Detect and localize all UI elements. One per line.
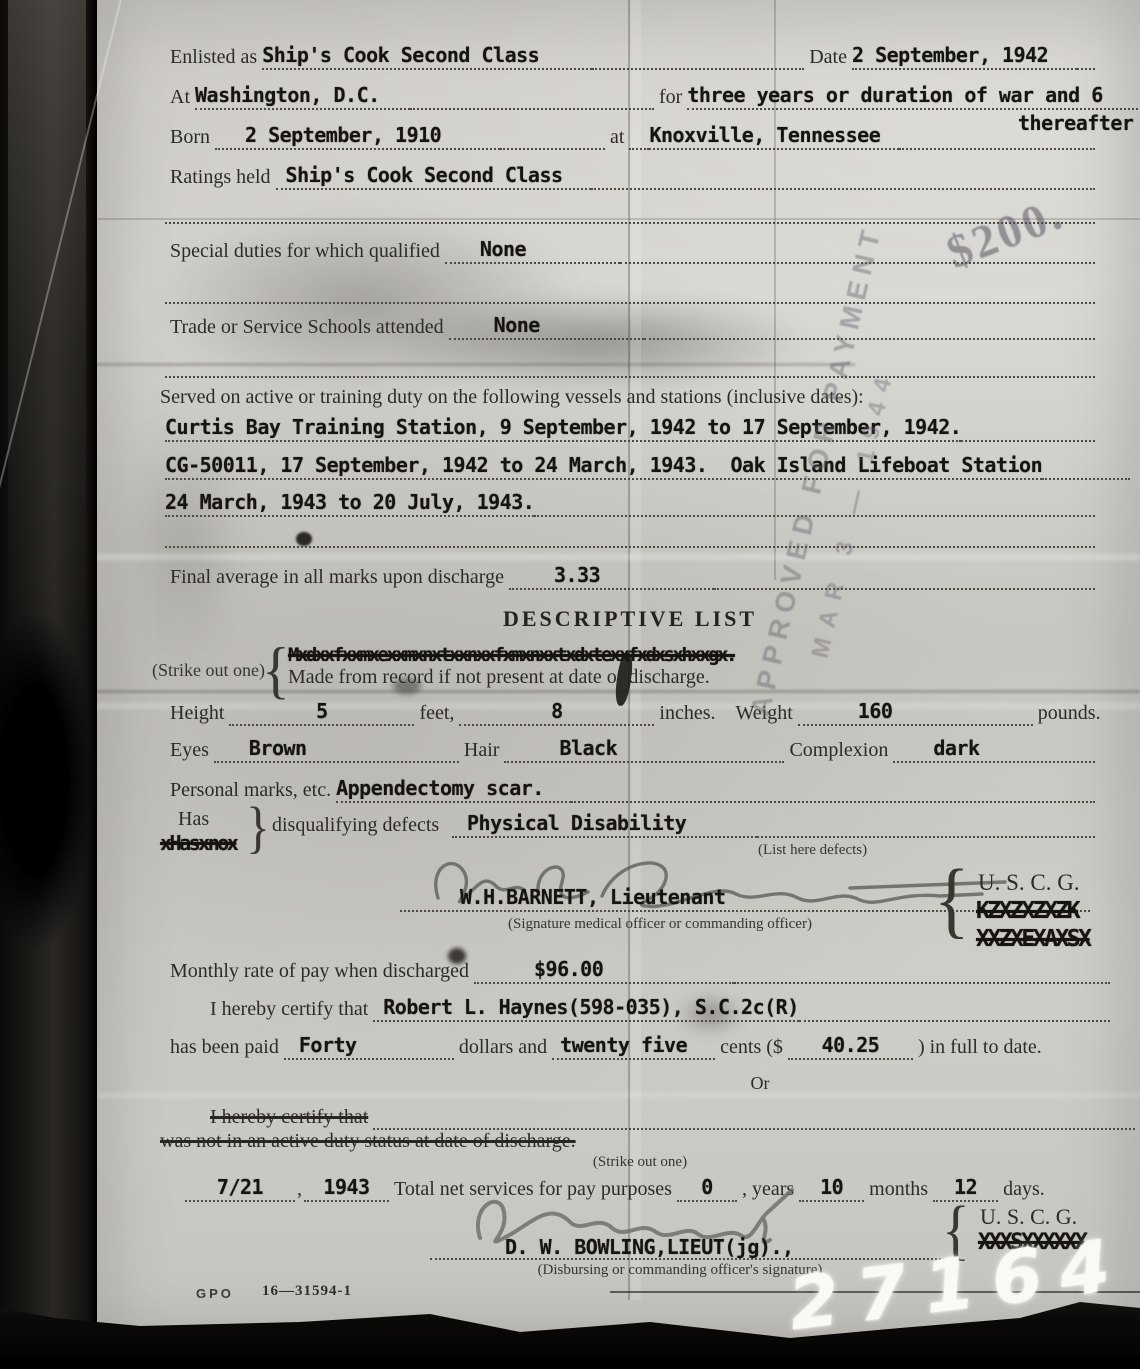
gpo-imprint: GPO — [196, 1286, 234, 1301]
defects-brace: } — [246, 794, 270, 861]
film-edge-band — [8, 0, 86, 640]
term-label: for — [654, 84, 687, 110]
scanned-discharge-form: Enlisted as Ship's Cook Second Class Dat… — [0, 0, 1140, 1369]
special-duties-row: Special duties for which qualified None — [165, 236, 1095, 264]
days-label: days. — [998, 1176, 1050, 1202]
certify-row: I hereby certify that Robert L. Haynes(5… — [205, 994, 1110, 1022]
service-line1-text: Curtis Bay Training Station, 9 September… — [165, 415, 961, 439]
defects-value-row: Physical Disability — [452, 810, 1095, 838]
final-average-value: 3.33 — [554, 563, 600, 587]
amount-value: 40.25 — [822, 1033, 880, 1057]
eyes-hair-row: Eyes Brown Hair Black Complexion dark — [165, 735, 1095, 763]
months-value: 10 — [820, 1175, 843, 1199]
date-value: 2 September, 1942 — [852, 43, 1048, 67]
blank-line — [165, 196, 1095, 224]
service-line2-text: CG-50011, 17 September, 1942 to 24 March… — [165, 453, 1042, 477]
struck-status-text: was not in an active duty status at date… — [160, 1128, 576, 1154]
has-label: Has — [178, 806, 209, 832]
blank-line — [165, 276, 1095, 304]
years-label: , years — [737, 1176, 799, 1202]
service-line3-text: 24 March, 1943 to 20 July, 1943. — [165, 490, 534, 514]
uscg-brace-top: { — [934, 852, 970, 950]
enlisted-value: Ship's Cook Second Class — [262, 43, 539, 67]
ratings-row: Ratings held Ship's Cook Second Class — [165, 162, 1095, 190]
certify-value: Robert L. Haynes(598-035), S.C.2c(R) — [383, 995, 798, 1019]
at-label: At — [165, 84, 195, 110]
term-value: three years or duration of war and 6 — [687, 83, 1102, 107]
options-brace: { — [262, 633, 290, 707]
cents-value: twenty five — [560, 1033, 687, 1057]
date-label: Date — [804, 44, 852, 70]
personal-marks-row: Personal marks, etc. Appendectomy scar. — [165, 775, 1095, 803]
schools-label: Trade or Service Schools attended — [165, 314, 449, 340]
weight-value: 160 — [858, 699, 893, 723]
defects-label: disqualifying defects — [272, 812, 439, 838]
struck-certify-row: I hereby certify that — [205, 1102, 1135, 1130]
monthly-pay-label: Monthly rate of pay when discharged — [165, 958, 474, 984]
uscg-struck1: KZXZXZXZK — [976, 898, 1078, 924]
total-services-label: Total net services for pay purposes — [389, 1176, 677, 1202]
monthly-pay-value: $96.00 — [534, 957, 603, 981]
height-label: Height — [165, 700, 229, 726]
film-edge-bottom-strip — [0, 1356, 1140, 1369]
disbursing-officer-typed: D. W. BOWLING,LIEUT(jg)., — [505, 1234, 794, 1260]
or-label: Or — [700, 1070, 820, 1096]
defects-note: (List here defects) — [758, 842, 867, 859]
medical-officer-typed: W.H.BARNETT, Lieutenant — [460, 884, 725, 910]
born-row: Born 2 September, 1910 at Knoxville, Ten… — [165, 122, 1095, 150]
has-struck: xHasxnox — [160, 830, 236, 856]
eyes-value: Brown — [249, 736, 307, 760]
service-line2: CG-50011, 17 September, 1942 to 24 March… — [165, 452, 1130, 480]
defects-value: Physical Disability — [467, 811, 686, 835]
service-line1: Curtis Bay Training Station, 9 September… — [165, 414, 1095, 442]
medical-caption: (Signature medical officer or commanding… — [380, 916, 940, 933]
blank-line — [165, 520, 1095, 548]
close-label: ) in full to date. — [913, 1034, 1047, 1060]
enlisted-row: Enlisted as Ship's Cook Second Class Dat… — [165, 42, 1095, 70]
form-number: 16—31594-1 — [262, 1283, 352, 1300]
weight-label: Weight — [731, 700, 798, 726]
dollars-label: dollars and — [454, 1034, 552, 1060]
monthly-pay-row: Monthly rate of pay when discharged $96.… — [165, 956, 1110, 984]
months-label: months — [864, 1176, 933, 1202]
service-line3: 24 March, 1943 to 20 July, 1943. — [165, 489, 1095, 517]
blank-line — [165, 350, 1095, 378]
feet-label: feet, — [414, 700, 459, 726]
year-value: 1943 — [323, 1175, 369, 1199]
inches-label: inches. — [654, 700, 720, 726]
uscg-label-top: U. S. C. G. — [978, 870, 1080, 896]
born-value: 2 September, 1910 — [245, 123, 441, 147]
enlisted-label: Enlisted as — [165, 44, 262, 70]
dollars-value: Forty — [299, 1033, 357, 1057]
height-weight-row: Height 5 feet, 8 inches. Weight 160 poun… — [165, 698, 1095, 726]
cents-label: cents ($ — [715, 1034, 788, 1060]
pay-date-value: 7/21 — [217, 1175, 263, 1199]
complexion-value: dark — [933, 736, 979, 760]
years-value: 0 — [701, 1175, 713, 1199]
paid-row: has been paid Forty dollars and twenty f… — [165, 1032, 1110, 1060]
special-duties-value: None — [480, 237, 526, 261]
inches-value: 8 — [551, 699, 563, 723]
special-duties-label: Special duties for which qualified — [165, 238, 445, 264]
certify-label: I hereby certify that — [205, 996, 373, 1022]
final-average-row: Final average in all marks upon discharg… — [165, 562, 1095, 590]
struck-certify-text: I hereby certify that — [205, 1104, 373, 1130]
height-value: 5 — [316, 699, 328, 723]
at-value: Washington, D.C. — [195, 83, 380, 107]
ratings-value: Ship's Cook Second Class — [286, 163, 563, 187]
paid-label: has been paid — [165, 1034, 284, 1060]
born-label: Born — [165, 124, 215, 150]
hair-value: Black — [559, 736, 617, 760]
strike-out-note: (Strike out one) — [152, 660, 265, 681]
born-place-label: at — [605, 124, 629, 150]
comma-label: , — [295, 1176, 304, 1202]
born-place-value: Knoxville, Tennessee — [649, 123, 880, 147]
uscg-label-bottom: U. S. C. G. — [980, 1204, 1077, 1230]
eyes-label: Eyes — [165, 737, 214, 763]
pounds-label: pounds. — [1033, 700, 1106, 726]
service-heading: Served on active or training duty on the… — [160, 384, 864, 410]
schools-value: None — [494, 313, 540, 337]
enlisted-at-row: At Washington, D.C. for three years or d… — [165, 82, 1140, 110]
complexion-label: Complexion — [784, 737, 893, 763]
hair-label: Hair — [459, 737, 505, 763]
uscg-struck2: XXZXEXAXSX — [976, 926, 1089, 952]
schools-row: Trade or Service Schools attended None — [165, 312, 1095, 340]
ratings-label: Ratings held — [165, 164, 276, 190]
final-average-label: Final average in all marks upon discharg… — [165, 564, 509, 590]
option2-text: Made from record if not present at date … — [288, 664, 710, 690]
descriptive-list-title: DESCRIPTIVE LIST — [165, 606, 1095, 632]
strike-out-note-bottom: (Strike out one) — [555, 1154, 725, 1171]
marks-value: Appendectomy scar. — [336, 776, 544, 800]
